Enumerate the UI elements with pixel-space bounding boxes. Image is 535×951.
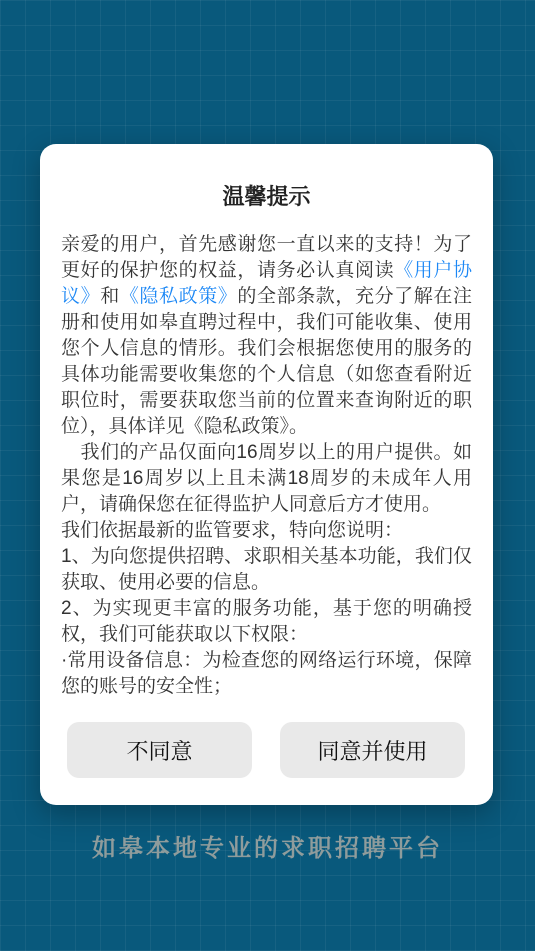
dialog-paragraph: 我们的产品仅面向16周岁以上的用户提供。如果您是16周岁以上且未满18周岁的未成… <box>61 440 472 518</box>
dialog-body-scroll[interactable]: 亲爱的用户，首先感谢您一直以来的支持！为了更好的保护您的权益，请务必认真阅读《用… <box>61 232 472 700</box>
dialog-paragraph: 2、为实现更丰富的服务功能，基于您的明确授权，我们可能获取以下权限： <box>61 596 472 648</box>
app-tagline: 如皋本地专业的求职招聘平台 <box>0 828 535 863</box>
disagree-button[interactable]: 不同意 <box>67 722 252 778</box>
privacy-dialog: 温馨提示 亲爱的用户，首先感谢您一直以来的支持！为了更好的保护您的权益，请务必认… <box>40 144 493 805</box>
privacy-policy-link[interactable]: 《隐私政策》 <box>120 286 238 307</box>
paragraph-text: 的全部条款，充分了解在注册和使用如皋直聘过程中，我们可能收集、使用您个人信息的情… <box>61 286 472 437</box>
dialog-paragraph: 亲爱的用户，首先感谢您一直以来的支持！为了更好的保护您的权益，请务必认真阅读《用… <box>61 232 472 440</box>
paragraph-text: 和 <box>100 286 120 307</box>
page-background: 温馨提示 亲爱的用户，首先感谢您一直以来的支持！为了更好的保护您的权益，请务必认… <box>0 0 535 951</box>
dialog-button-row: 不同意 同意并使用 <box>61 722 472 778</box>
dialog-paragraph: 1、为向您提供招聘、求职相关基本功能，我们仅获取、使用必要的信息。 <box>61 544 472 596</box>
agree-button[interactable]: 同意并使用 <box>280 722 465 778</box>
dialog-paragraph: ·常用设备信息：为检查您的网络运行环境，保障您的账号的安全性； <box>61 648 472 700</box>
dialog-paragraph: 我们依据最新的监管要求，特向您说明： <box>61 518 472 544</box>
dialog-title: 温馨提示 <box>61 182 472 212</box>
